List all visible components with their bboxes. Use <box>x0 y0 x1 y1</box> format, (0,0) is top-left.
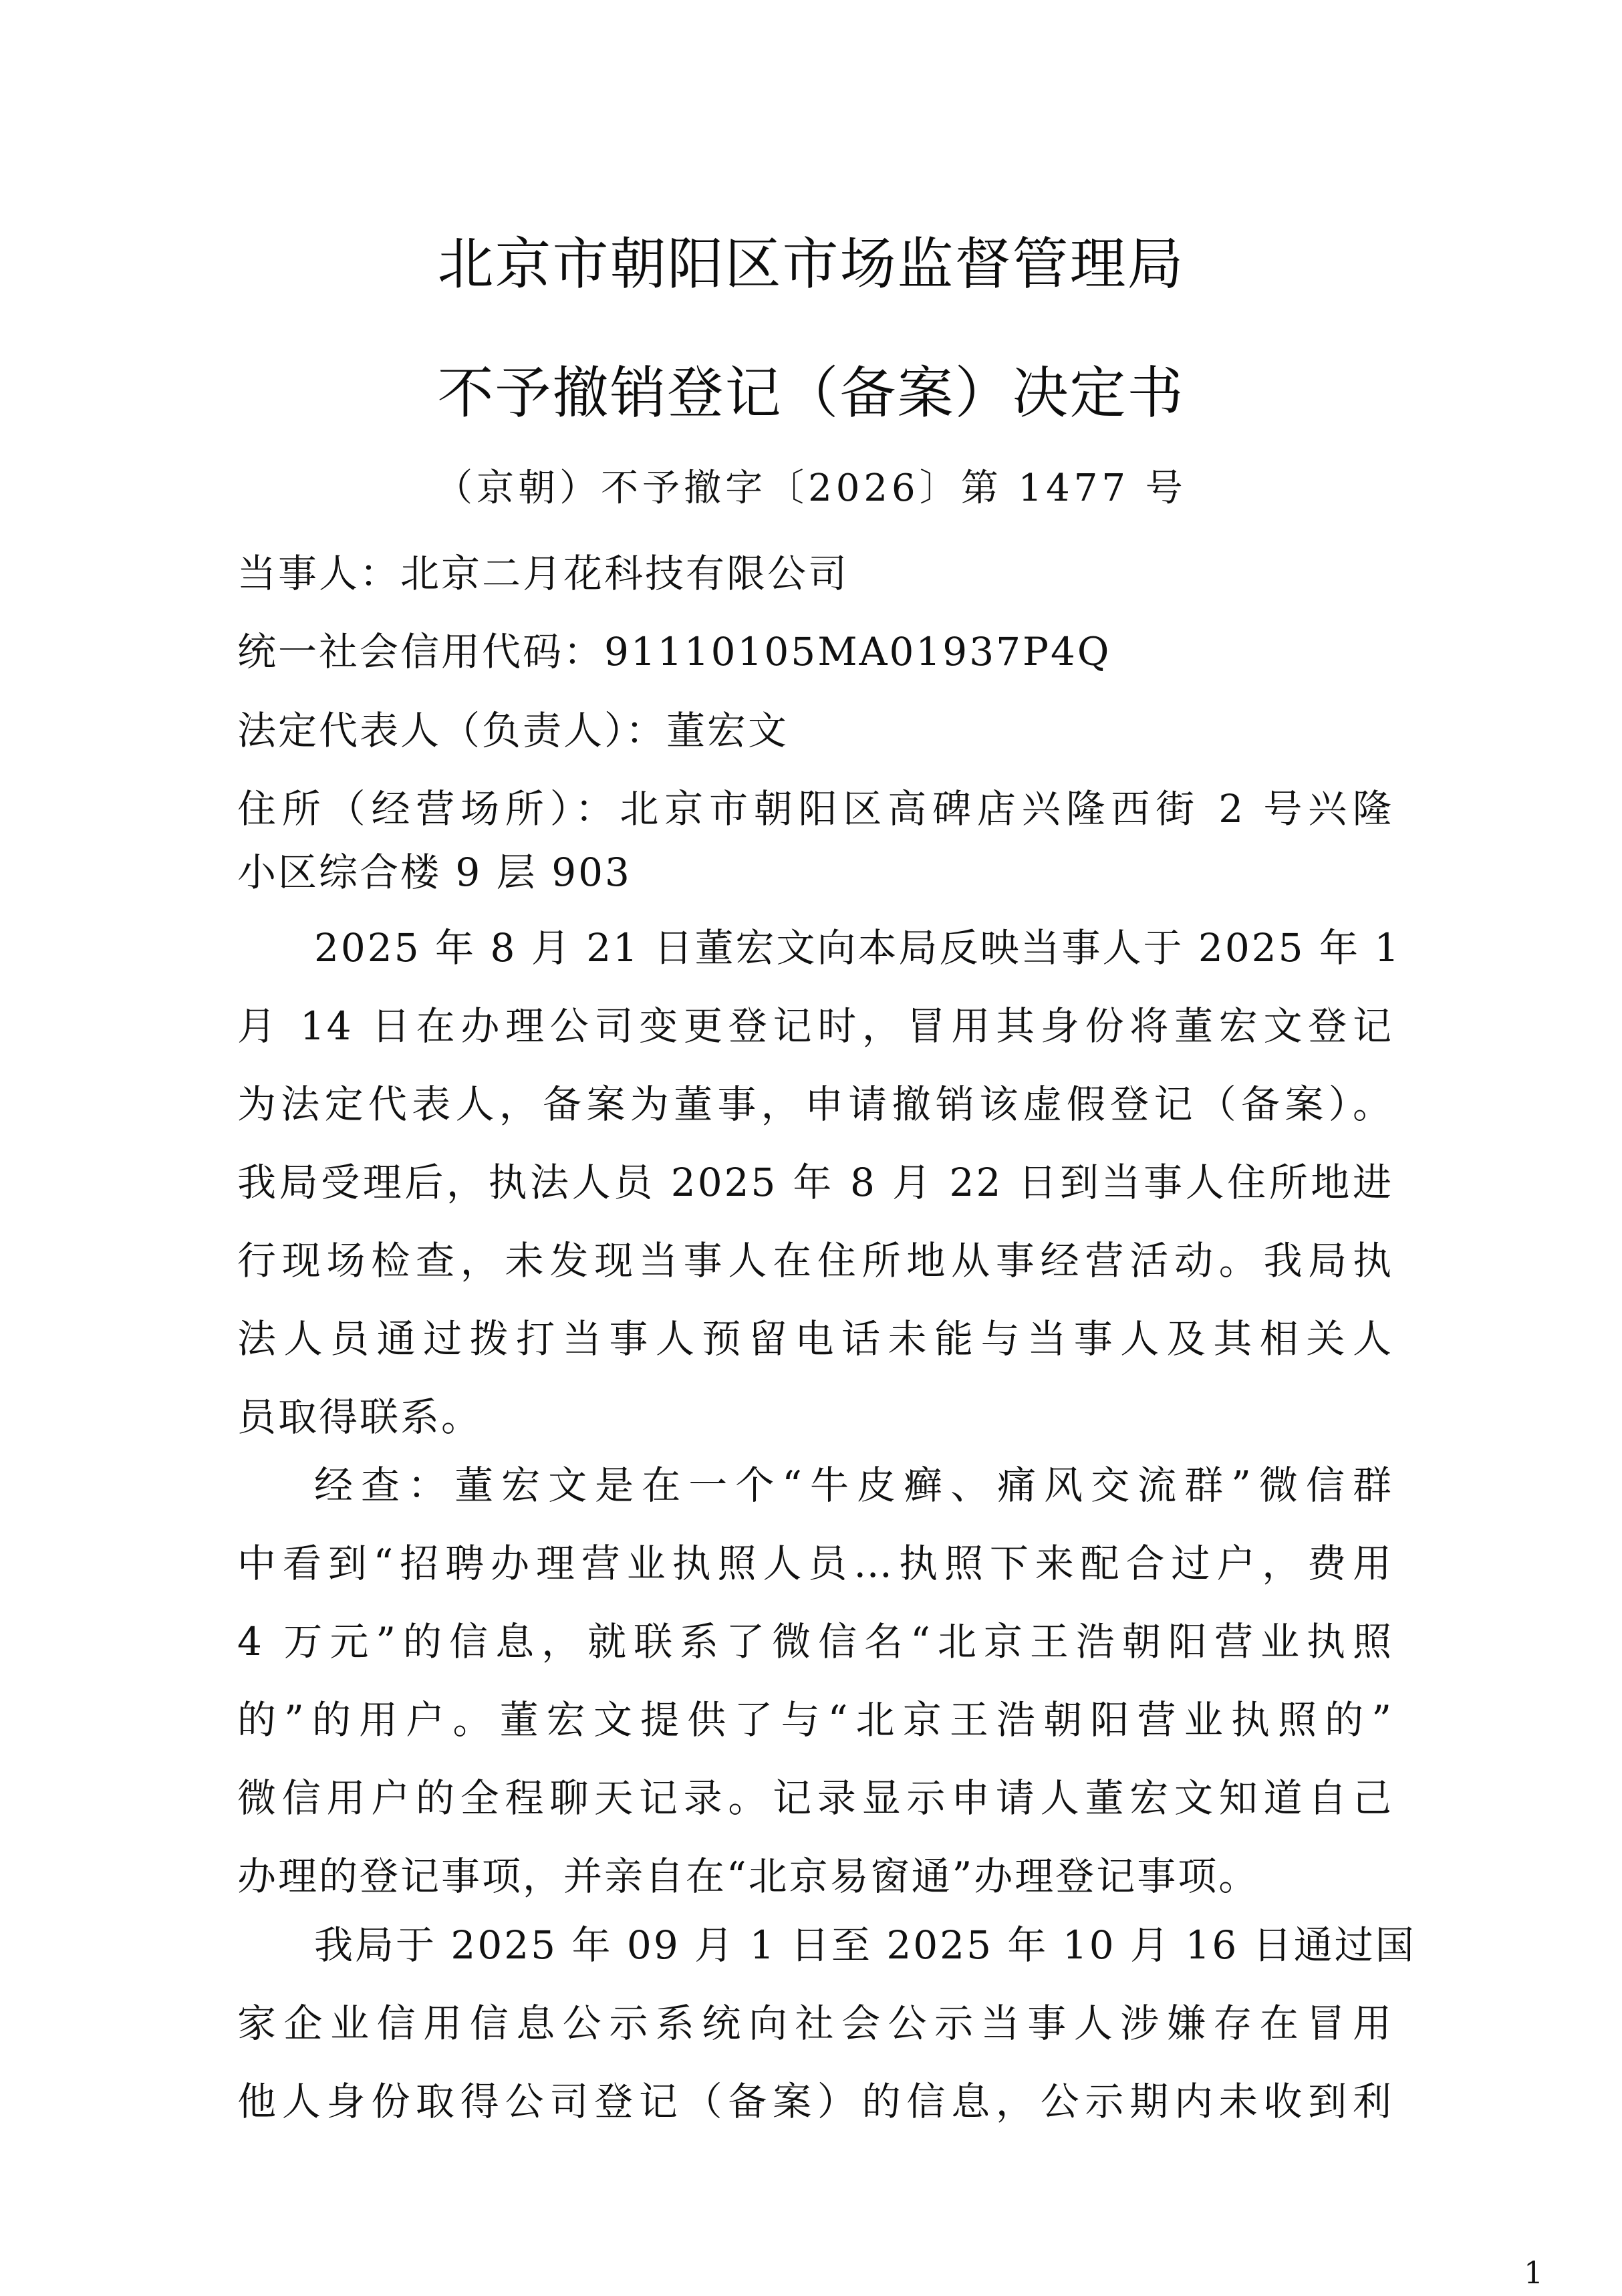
party-name: 当事人：北京二月花科技有限公司 <box>237 547 1393 600</box>
paragraph-2-line: 的”的用户。董宏文提供了与“北京王浩朝阳营业执照的” <box>237 1693 1393 1747</box>
paragraph-1-line: 月 14 日在办理公司变更登记时，冒用其身份将董宏文登记 <box>237 999 1393 1053</box>
credit-code: 统一社会信用代码：91110105MA01937P4Q <box>237 625 1393 678</box>
paragraph-1-line: 为法定代表人，备案为董事，申请撤销该虚假登记（备案）。 <box>237 1077 1393 1131</box>
document-page: 北京市朝阳区市场监督管理局 不予撤销登记（备案）决定书 （京朝）不予撤字〔202… <box>0 0 1622 2296</box>
paragraph-2-line: 办理的登记事项，并亲自在“北京易窗通”办理登记事项。 <box>237 1849 1393 1903</box>
paragraph-3-line: 他人身份取得公司登记（备案）的信息，公示期内未收到利 <box>237 2075 1393 2128</box>
document-number: （京朝）不予撤字〔2026〕第 1477 号 <box>0 465 1622 513</box>
address-line-2: 小区综合楼 9 层 903 <box>237 846 1393 899</box>
page-number: 1 <box>1524 2256 1543 2289</box>
paragraph-2-line: 微信用户的全程聊天记录。记录显示申请人董宏文知道自己 <box>237 1771 1393 1825</box>
paragraph-2-line: 中看到“招聘办理营业执照人员…执照下来配合过户，费用 <box>237 1537 1393 1590</box>
paragraph-3-line: 家企业信用信息公示系统向社会公示当事人涉嫌存在冒用 <box>237 1997 1393 2050</box>
issuing-authority-title: 北京市朝阳区市场监督管理局 <box>0 231 1622 297</box>
decision-title: 不予撤销登记（备案）决定书 <box>0 360 1622 426</box>
paragraph-1-line: 法人员通过拨打当事人预留电话未能与当事人及其相关人 <box>237 1312 1393 1366</box>
paragraph-1-line: 2025 年 8 月 21 日董宏文向本局反映当事人于 2025 年 1 <box>314 921 1393 975</box>
paragraph-2-line: 经查：董宏文是在一个“牛皮癣、痛风交流群”微信群 <box>314 1458 1393 1512</box>
legal-representative: 法定代表人（负责人）：董宏文 <box>237 704 1393 757</box>
address-line-1: 住所（经营场所）：北京市朝阳区高碑店兴隆西街 2 号兴隆 <box>237 782 1393 836</box>
paragraph-1-line: 我局受理后，执法人员 2025 年 8 月 22 日到当事人住所地进 <box>237 1156 1393 1209</box>
paragraph-3-line: 我局于 2025 年 09 月 1 日至 2025 年 10 月 16 日通过国 <box>314 1918 1393 1972</box>
paragraph-1-line: 行现场检查，未发现当事人在住所地从事经营活动。我局执 <box>237 1234 1393 1287</box>
paragraph-2-line: 4 万元”的信息，就联系了微信名“北京王浩朝阳营业执照 <box>237 1615 1393 1668</box>
paragraph-1-line: 员取得联系。 <box>237 1390 1393 1444</box>
